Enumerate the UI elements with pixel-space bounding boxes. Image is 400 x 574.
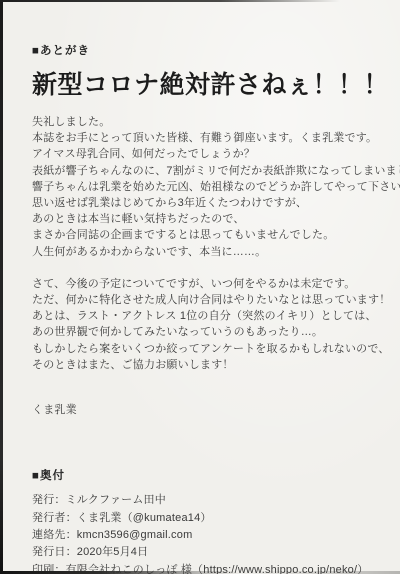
afterword-line: まさか合同誌の企画までするとは思ってもいませんでした。 (32, 227, 380, 243)
colophon-block: 発行：ミルクファーム田中 発行者：くま乳業（@kumatea14） 連絡先：km… (32, 492, 380, 574)
colophon-contact-line: 連絡先：kmcn3596@gmail.com (32, 527, 380, 544)
afterword-line: アイマス母乳合同、如何だったでしょうか？ (32, 146, 380, 162)
afterword-line: 本誌をお手にとって頂いた皆様、有難う御座います。くま乳業です。 (32, 130, 380, 146)
colophon-author-line: 発行者：くま乳業（@kumatea14） (32, 510, 380, 527)
colophon-date-line: 発行日：2020年5月4日 (32, 544, 380, 561)
paragraph-gap (32, 260, 380, 276)
afterword-line: あの世界観で何かしてみたいなっていうのもあったり…。 (32, 324, 380, 340)
scan-edge-left (0, 0, 3, 574)
scan-edge-top (0, 0, 400, 2)
afterword-line: さて、今後の予定についてですが、いつ何をやるかは未定です。 (32, 276, 380, 292)
afterword-title: 新型コロナ絶対許さねぇ！！！ (32, 65, 380, 101)
colophon-section-label: ■奥付 (32, 467, 380, 483)
afterword-line: そのときはまた、ご協力お願いします！ (32, 357, 380, 373)
afterword-line: 表紙が響子ちゃんなのに、7割がミリで何だか表紙詐欺になってしまいましたね…。 (32, 163, 380, 179)
scanned-page: ■あとがき 新型コロナ絶対許さねぇ！！！ 失礼しました。 本誌をお手にとって頂い… (0, 0, 400, 574)
afterword-line: あとは、ラスト・アクトレス 1位の自分（突然のイキリ）としては、 (32, 308, 380, 324)
colophon-publisher-line: 発行：ミルクファーム田中 (32, 492, 380, 509)
afterword-line: もしかしたら案をいくつか絞ってアンケートを取るかもしれないので、 (32, 341, 380, 357)
afterword-line: あのときは本当に軽い気持ちだったので、 (32, 211, 380, 227)
afterword-section-label: ■あとがき (32, 42, 380, 58)
author-signature: くま乳業 (32, 402, 380, 418)
afterword-body: 失礼しました。 本誌をお手にとって頂いた皆様、有難う御座います。くま乳業です。 … (32, 114, 380, 418)
afterword-line: 思い返せば乳業はじめてから3年近くたつわけですが、 (32, 195, 380, 211)
afterword-line: 人生何があるかわからないです、本当に……。 (32, 244, 380, 260)
afterword-line: ただ、何かに特化させた成人向け合同はやりたいなとは思っています！ (32, 292, 380, 308)
afterword-line: 響子ちゃんは乳業を始めた元凶、始祖様なのでどうか許してやって下さい！ (32, 179, 380, 195)
afterword-line: 失礼しました。 (32, 114, 380, 130)
